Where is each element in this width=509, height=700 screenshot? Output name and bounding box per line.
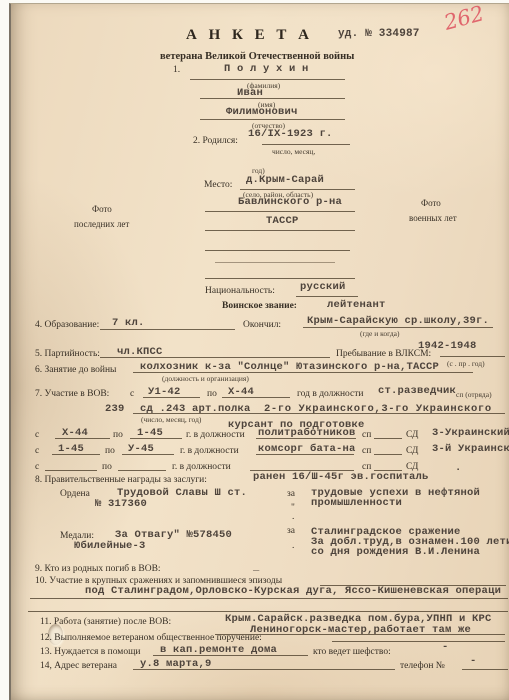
- item14-underline2: [462, 669, 508, 670]
- item7-r2-sp-underline: [374, 438, 402, 439]
- item7-r2-from-underline: [55, 438, 110, 439]
- finished-label: Окончил:: [243, 320, 281, 330]
- item14-label2: телефон №: [400, 661, 445, 671]
- patronymic-value: Филимонович: [226, 106, 298, 118]
- item10-value: под Сталинградом,Орловско-Курская дуга, …: [85, 585, 501, 597]
- birth-place-value: д.Крым-Сарай: [246, 174, 324, 186]
- medal-for-label: за: [287, 526, 295, 536]
- form-title: А Н К Е Т А: [186, 27, 313, 44]
- finished-underline: [303, 327, 493, 328]
- item7-r1-to-label: по: [207, 389, 217, 399]
- item14-label: 14, Адрес ветерана: [40, 661, 117, 671]
- surname-value: П о л у х и н: [224, 63, 309, 75]
- order-for-label: за: [287, 489, 295, 499]
- item11-label: 11. Работа (занятие) после ВОВ:: [40, 617, 171, 627]
- birth-place-label: Место:: [204, 180, 232, 190]
- item2-label: 2. Родился:: [193, 136, 238, 146]
- photo-right-caption-2: военных лет: [409, 213, 457, 223]
- education-value: 7 кл.: [112, 317, 145, 329]
- item13-underline: [153, 655, 308, 656]
- item7-r1-from-underline: [143, 397, 200, 398]
- photo-right-caption-1: Фото: [421, 198, 441, 208]
- party-underline: [100, 357, 330, 358]
- item7-r3-sp-label: сп: [362, 446, 371, 456]
- item14-value2: -: [470, 655, 477, 667]
- item7-r2-sp-label: сп: [362, 430, 371, 440]
- anketa-scanned-document: 262 А Н К Е Т А уд. № 334987 ветерана Ве…: [0, 0, 509, 700]
- prewar-underline: [133, 372, 473, 373]
- vlksm-label: Пребывание в ВЛКСМ:: [336, 349, 431, 359]
- item5-label: 5. Партийность:: [35, 349, 100, 359]
- item7-r3-to-underline: [122, 454, 174, 455]
- item7-r3-from-underline: [52, 454, 100, 455]
- item9-value: _: [253, 562, 260, 574]
- item7-r2-to-underline: [130, 438, 182, 439]
- item6-sublabel: (должность и организация): [162, 374, 249, 383]
- item9-label: 9. Кто из родных погиб в ВОВ:: [35, 564, 161, 574]
- blank-underline-3: [205, 278, 355, 279]
- birth-district-value: Бавлинского р-на: [238, 196, 342, 208]
- finished-value: Крым-Сарайскую ср.школу,39г.: [307, 315, 489, 327]
- item13-label2: кто ведет шефство:: [313, 647, 391, 657]
- item7-r1-role-value: ст.разведчик: [378, 385, 456, 397]
- item7-label: 7. Участие в ВОВ:: [35, 389, 109, 399]
- blank-underline-2: [215, 262, 335, 263]
- item7-r3-role-label: г. в должности: [180, 446, 239, 456]
- surname-underline: [190, 79, 345, 80]
- item7-r4-to-label: по: [102, 462, 112, 472]
- rank-value: лейтенант: [327, 299, 386, 311]
- item7-r4-role-label: г. в должности: [172, 462, 231, 472]
- wound-note-value: ранен 16/Ш-45г эв.госпиталь: [253, 471, 429, 483]
- item7-unit-underline: [133, 413, 505, 414]
- vlksm-sublabel: (с . пр . год): [447, 359, 485, 368]
- item7-r2-role-label: г. в должности: [186, 430, 245, 440]
- medal-for-line3: со дня рождения В.И.Ленина: [311, 546, 480, 558]
- item4-label: 4. Образование:: [35, 320, 99, 330]
- vlksm-underline: [440, 356, 505, 357]
- birth-date-underline: [262, 144, 350, 145]
- nationality-label: Национальность:: [205, 286, 275, 296]
- item7-r3-sp-underline: [374, 454, 402, 455]
- ditto-mark-2: .: [292, 512, 294, 522]
- birth-date-sublabel: число, месяц,: [272, 147, 315, 156]
- item8-label: 8. Правительственные награды за заслуги:: [35, 475, 207, 485]
- nationality-value: русский: [300, 281, 346, 293]
- item7-r2-sd-label: СД: [406, 430, 418, 440]
- item7-r2-from-label: с: [35, 430, 39, 440]
- item7-r1-to-underline: [222, 397, 290, 398]
- ditto-mark-3: .: [292, 541, 294, 551]
- blank-underline-1: [205, 250, 350, 251]
- item14-underline: [133, 669, 395, 670]
- item12-underline: [332, 641, 505, 642]
- form-subtitle: ветерана Великой Отечественной войны: [160, 51, 354, 62]
- finished-sublabel: (где и когда): [360, 329, 399, 338]
- order-for-line2: промышленности: [311, 497, 402, 509]
- item7-r2-front-value: 3-Украинский: [432, 427, 509, 439]
- orders-label: Ордена: [60, 489, 90, 499]
- birth-district-underline: [205, 211, 355, 212]
- item7-r3-to-label: по: [105, 446, 115, 456]
- item7-r4-from-underline: [45, 470, 97, 471]
- item7-r3-from-label: с: [35, 446, 39, 456]
- item7-r4-from-label: с: [35, 462, 39, 472]
- education-underline: [100, 329, 235, 330]
- item7-r3-role-underline: [256, 454, 354, 455]
- photo-left-caption-1: Фото: [92, 204, 112, 214]
- nationality-underline: [296, 296, 358, 297]
- first-name-underline: [200, 98, 345, 99]
- item7-r1-role-label: год в должности: [297, 389, 364, 399]
- medal2-value: Юбилейные-3: [74, 540, 146, 552]
- item13-value2: -: [442, 641, 449, 653]
- item13-label: 13. Нуждается в помощи: [40, 647, 140, 657]
- item7-r3-sd-label: СД: [406, 446, 418, 456]
- item6-label: 6. Занятие до войны: [35, 365, 116, 375]
- item7-sp-otryada-label: сп (отряда): [456, 390, 492, 399]
- birth-date-value: 16/IX-1923 г.: [248, 128, 333, 140]
- item7-r4-dot: .: [455, 462, 462, 474]
- birth-region-value: ТАССР: [266, 215, 299, 227]
- item12-label: 12. Выполняемое ветераном общественное п…: [40, 633, 262, 643]
- section-separator-line: [28, 611, 508, 612]
- item7-unit-sublabel: (число, месяц, год): [141, 415, 201, 424]
- birth-region-underline: [205, 230, 355, 231]
- rank-label: Воинское звание:: [222, 301, 297, 311]
- item10-underline-full: [30, 598, 508, 599]
- item7-r2-to-label: по: [113, 430, 123, 440]
- order-number-value: № 317360: [95, 498, 147, 510]
- photo-left-caption-2: последних лет: [74, 219, 129, 229]
- item7-r3-front-value: 3-й Украинск: [432, 443, 509, 455]
- patronymic-underline: [200, 119, 345, 120]
- form-doc-id: уд. № 334987: [338, 28, 420, 40]
- item7-r2-role-underline: [256, 438, 356, 439]
- item7-r1-from-label: с: [130, 389, 134, 399]
- item1-number: 1.: [173, 65, 180, 75]
- item7-r4-to-underline: [118, 470, 166, 471]
- item7-unit-number: 239: [105, 403, 125, 415]
